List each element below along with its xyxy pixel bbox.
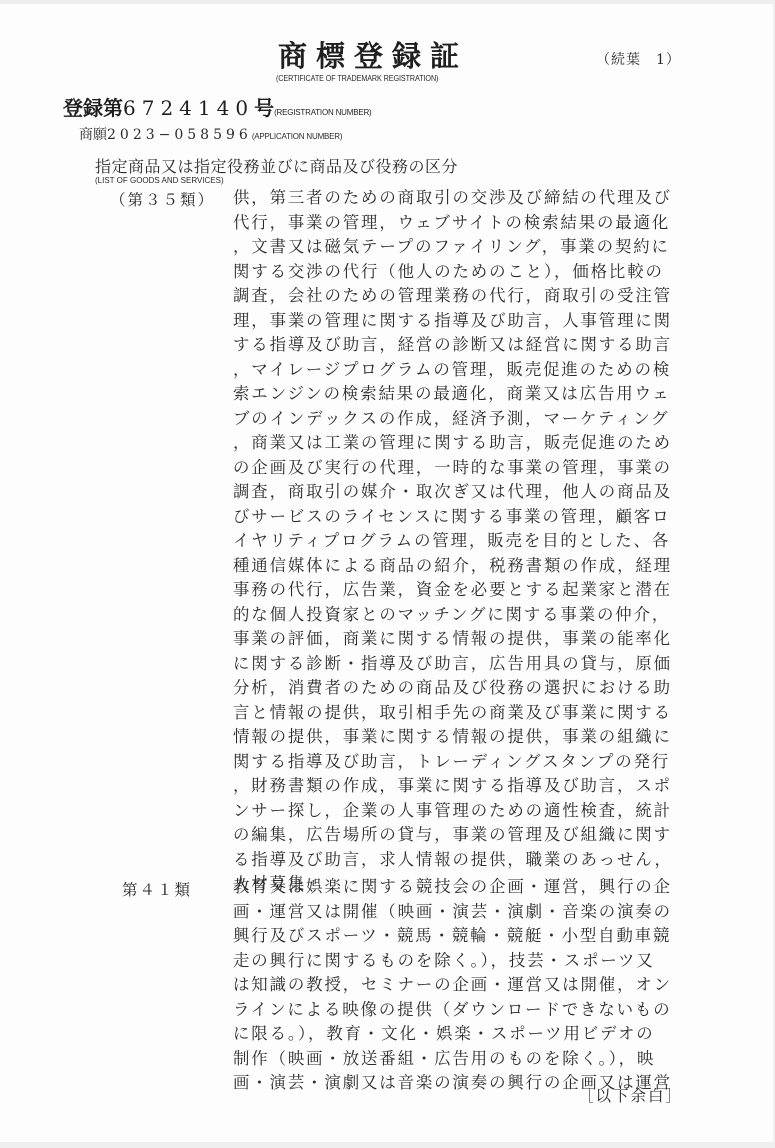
class-35-line: 的な個人投資家とのマッチングに関する事業の仲介，: [233, 603, 683, 628]
class-35-line: ，マイレージプログラムの管理，販売促進のための検: [233, 358, 683, 383]
class-35-line: 言と情報の提供，取引相手先の商業及び事業に関する: [233, 701, 683, 726]
class-35-line: 索エンジンの検索結果の最適化，商業又は広告用ウェ: [233, 382, 683, 407]
class-35-line: 調査，会社のための管理業務の代行，商取引の受注管: [233, 284, 683, 309]
class-35-line: る指導及び助言，求人情報の提供，職業のあっせん，: [233, 848, 683, 873]
class-41-line: ラインによる映像の提供（ダウンロードできないもの: [233, 998, 683, 1023]
class-35-line: 分析，消費者のための商品及び役務の選択における助: [233, 676, 683, 701]
application-number: 商願2023−058596(APPLICATION NUMBER): [79, 124, 342, 144]
registration-number-value: 6724140: [123, 96, 254, 120]
class-35-line: 調査，商取引の媒介・取次ぎ又は代理，他人の商品及: [233, 480, 683, 505]
certificate-page: 商標登録証 (CERTIFICATE OF TRADEMARK REGISTRA…: [0, 4, 773, 1142]
class-41-description: 教育又は娯楽に関する競技会の企画・運営，興行の企 画・運営又は開催（映画・演芸・…: [233, 875, 683, 1096]
registration-number: 登録第6724140号(REGISTRATION NUMBER): [63, 92, 372, 121]
class-41-line: 教育又は娯楽に関する競技会の企画・運営，興行の企: [233, 875, 683, 900]
class-41-label: 第４１類: [122, 878, 192, 900]
class-35-line: ，商業又は工業の管理に関する助言，販売促進のため: [233, 431, 683, 456]
class-35-line: ンサー探し，企業の人事管理のための適性検査，統計: [233, 799, 683, 824]
class-35-line: 代行，事業の管理，ウェブサイトの検索結果の最適化: [233, 211, 683, 236]
certificate-title: 商標登録証: [278, 34, 468, 75]
class-35-label: （第３５類）: [110, 188, 215, 210]
class-35-line: 種通信媒体による商品の紹介，税務書類の作成，経理: [233, 554, 683, 579]
class-35-line: する指導及び助言，経営の診断又は経営に関する助言: [233, 333, 683, 358]
class-35-line: 関する交渉の代行（他人のためのこと），価格比較の: [233, 260, 683, 285]
class-35-line: 情報の提供，事業に関する情報の提供，事業の組織に: [233, 725, 683, 750]
class-35-line: の企画及び実行の代理，一時的な事業の管理，事業の: [233, 456, 683, 481]
class-35-description: 供，第三者のための商取引の交渉及び締結の代理及び 代行，事業の管理，ウェブサイト…: [233, 186, 683, 897]
class-35-line: 関する指導及び助言，トレーディングスタンプの発行: [233, 750, 683, 775]
class-35-line: 供，第三者のための商取引の交渉及び締結の代理及び: [233, 186, 683, 211]
class-41-line: 興行及びスポーツ・競馬・競輪・競艇・小型自動車競: [233, 924, 683, 949]
class-41-line: 制作（映画・放送番組・広告用のものを除く。），映: [233, 1047, 683, 1072]
class-35-line: に関する診断・指導及び助言，広告用具の貸与，原価: [233, 652, 683, 677]
registration-suffix: 号: [254, 96, 274, 120]
goods-services-heading: 指定商品又は指定役務並びに商品及び役務の区分: [95, 154, 458, 177]
application-prefix: 商願: [79, 127, 107, 143]
class-35-line: イヤリティプログラムの管理，販売を目的とした、各: [233, 529, 683, 554]
class-35-line: の編集，広告場所の貸与，事業の管理及び組織に関す: [233, 823, 683, 848]
end-of-list-remark: ［以下余白］: [578, 1084, 683, 1106]
registration-prefix: 登録第: [63, 96, 123, 120]
class-35-line: ，文書又は磁気テープのファイリング，事業の契約に: [233, 235, 683, 260]
class-41-line: 走の興行に関するものを除く。），技芸・スポーツ又: [233, 949, 683, 974]
class-35-line: びサービスのライセンスに関する事業の管理，顧客ロ: [233, 505, 683, 530]
class-35-line: ブのインデックスの作成，経済予測，マーケティング: [233, 407, 683, 432]
continuation-page-label: （続葉 1）: [596, 49, 681, 69]
class-35-line: 事業の評価，商業に関する情報の提供，事業の能率化: [233, 627, 683, 652]
application-number-value: 2023−058596: [107, 127, 252, 143]
application-label-en: (APPLICATION NUMBER): [252, 132, 343, 141]
goods-services-heading-en: (LIST OF GOODS AND SERVICES): [95, 176, 224, 185]
certificate-title-en: (CERTIFICATE OF TRADEMARK REGISTRATION): [276, 74, 438, 83]
class-35-line: ，財務書類の作成，事業に関する指導及び助言，スポ: [233, 774, 683, 799]
class-35-line: 事務の代行，広告業，資金を必要とする起業家と潜在: [233, 578, 683, 603]
class-41-line: 画・運営又は開催（映画・演芸・演劇・音楽の演奏の: [233, 900, 683, 925]
registration-label-en: (REGISTRATION NUMBER): [274, 108, 371, 117]
class-41-line: に限る。），教育・文化・娯楽・スポーツ用ビデオの: [233, 1022, 683, 1047]
class-41-line: は知識の教授，セミナーの企画・運営又は開催，オン: [233, 973, 683, 998]
class-35-line: 理，事業の管理に関する指導及び助言，人事管理に関: [233, 309, 683, 334]
